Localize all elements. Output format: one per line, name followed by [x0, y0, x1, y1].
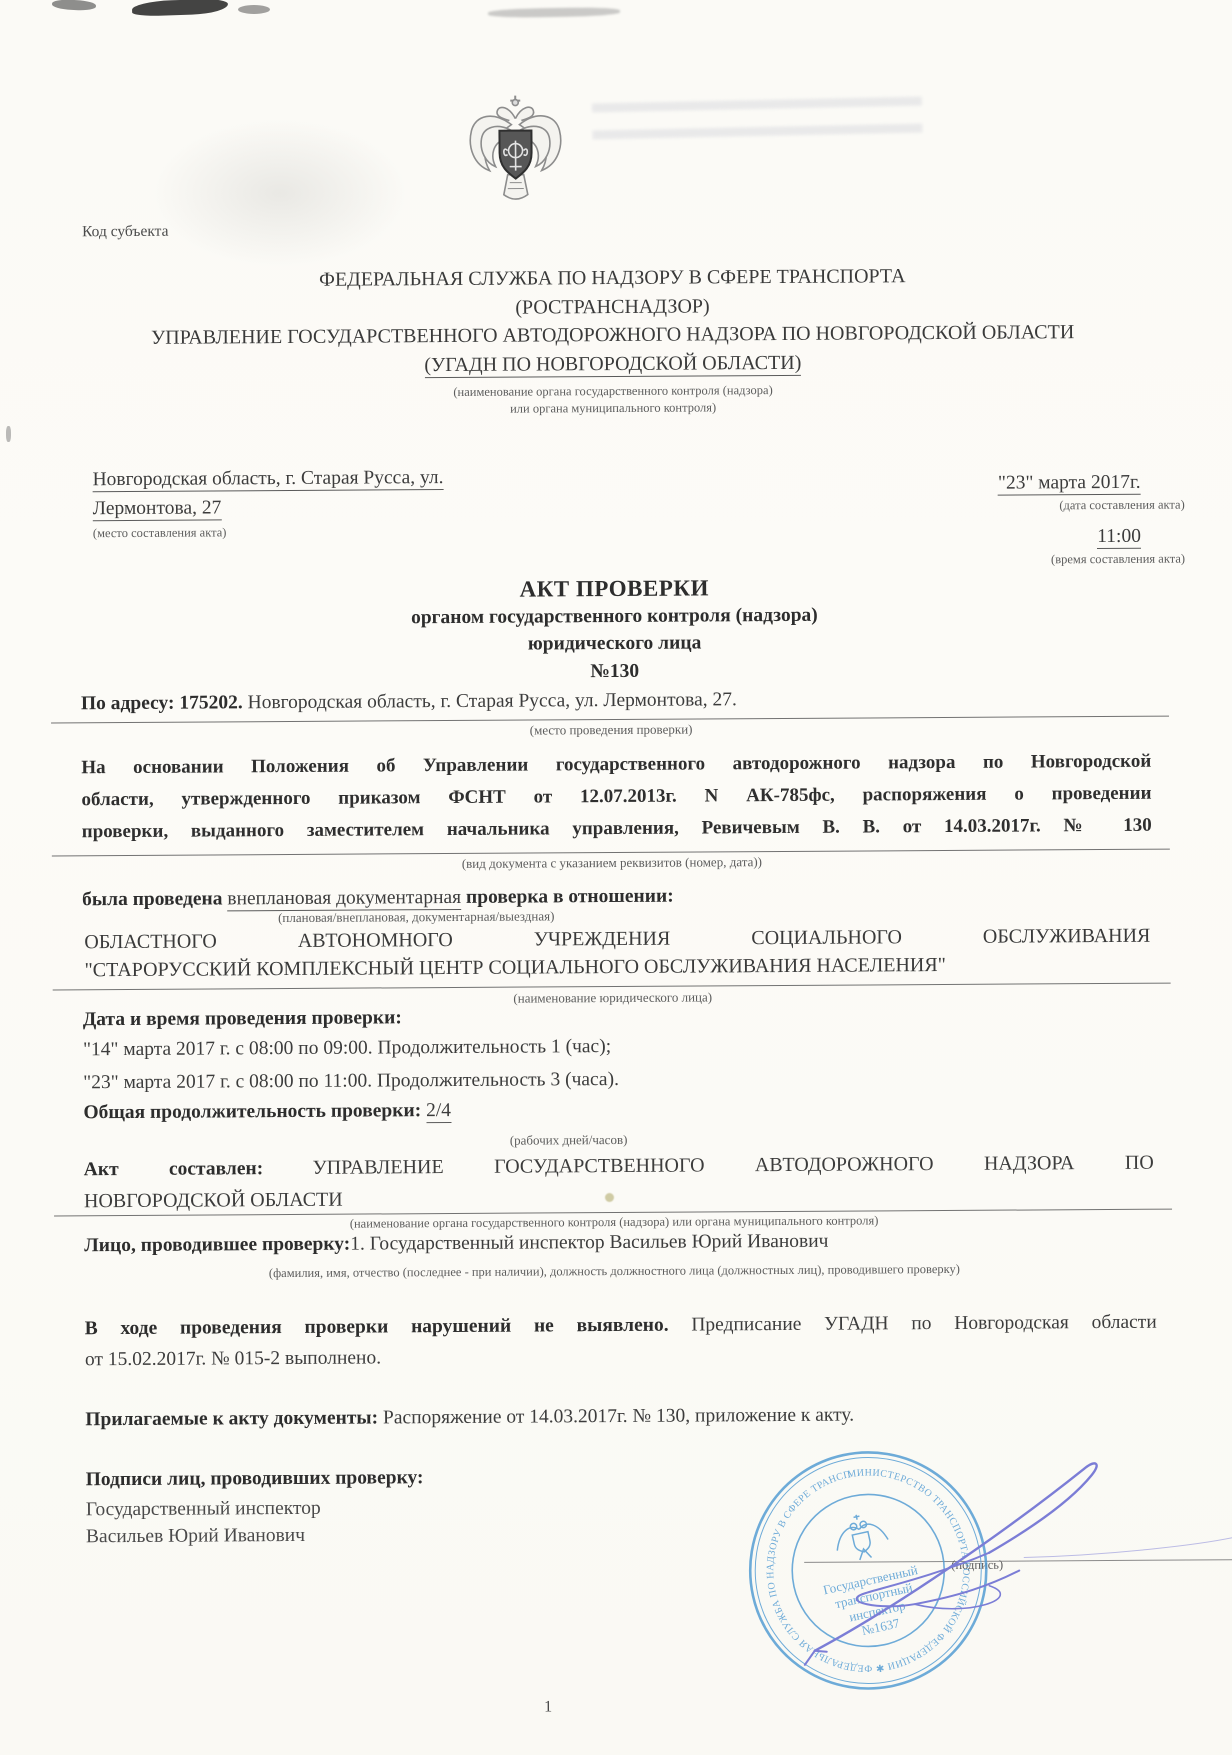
act-place-line1: Новгородская область, г. Старая Русса, у…: [92, 467, 443, 492]
subject-code-label: Код субъекта: [82, 223, 169, 242]
act-author-value-line1: УПРАВЛЕНИЕ ГОСУДАРСТВЕННОГО АВТОДОРОЖНОГ…: [313, 1152, 1154, 1179]
attachments-line: Прилагаемые к акту документы: Распоряжен…: [85, 1403, 1185, 1432]
inspected-entity-block: ОБЛАСТНОГО АВТОНОМНОГО УЧРЕЖДЕНИЯ СОЦИАЛ…: [84, 922, 1150, 985]
results-rest: Предписание УГАДН по Новгородская област…: [669, 1312, 1157, 1336]
results-line2: от 15.02.2017г. № 015-2 выполнено.: [85, 1338, 1157, 1375]
act-date-value: "23" марта 2017г.: [998, 472, 1141, 496]
results-highlight: В ходе проведения проверки нарушений не …: [85, 1315, 669, 1340]
agency-name-line3: УПРАВЛЕНИЕ ГОСУДАРСТВЕННОГО АВТОДОРОЖНОГ…: [118, 318, 1108, 353]
signature-position-line: Государственный инспектор: [86, 1498, 321, 1521]
act-time-caption: (время составления акта): [765, 551, 1185, 570]
document-title-block: АКТ ПРОВЕРКИ органом государственного ко…: [0, 571, 1231, 689]
results-paragraph: В ходе проведения проверки нарушений не …: [85, 1308, 1157, 1376]
schedule-line1: "14" марта 2017 г. с 08:00 по 09:00. Про…: [83, 1036, 611, 1061]
agency-short-name: (УГАДН ПО НОВГОРОДСКОЙ ОБЛАСТИ): [424, 351, 801, 377]
act-date-caption: (дата составления акта): [765, 497, 1185, 516]
handwritten-signature: [783, 1436, 1232, 1679]
page-number: 1: [5, 1695, 1091, 1720]
act-time-value: 11:00: [1097, 526, 1141, 549]
inspection-type-suffix: проверка в отношении:: [461, 886, 674, 908]
signatures-heading: Подписи лиц, проводивших проверку:: [86, 1467, 424, 1491]
inspected-entity-line2: "СТАРОРУССКИЙ КОМПЛЕКСНЫЙ ЦЕНТР СОЦИАЛЬН…: [84, 950, 1150, 985]
inspection-type-caption: (плановая/внеплановая, документарная/вые…: [251, 908, 581, 926]
inspection-type-value: внеплановая документарная: [227, 887, 461, 911]
schedule-heading: Дата и время проведения проверки:: [83, 1007, 402, 1031]
legal-basis-paragraph: На основании Положения об Управлении гос…: [81, 746, 1152, 849]
act-place-block: Новгородская область, г. Старая Русса, у…: [92, 462, 592, 541]
act-place-caption: (место составления акта): [93, 522, 593, 541]
schedule-total-value: 2/4: [426, 1100, 451, 1123]
scanned-document-page: Код субъекта ФЕДЕРАЛЬНАЯ СЛУЖБА ПО НАДЗО…: [0, 0, 1232, 1755]
legal-basis-line3: проверки, выданного заместителем начальн…: [82, 810, 1152, 849]
inspector-caption: (фамилия, имя, отчество (последнее - при…: [54, 1261, 1174, 1283]
schedule-total-line: Общая продолжительность проверки: 2/4: [83, 1100, 451, 1124]
act-author-value-line2: НОВГОРОДСКОЙ ОБЛАСТИ: [84, 1180, 1154, 1217]
act-place-line2: Лермонтова, 27: [93, 497, 222, 521]
agency-name-line4: (УГАДН ПО НОВГОРОДСКОЙ ОБЛАСТИ): [118, 346, 1108, 381]
inspection-address-line: По адресу: 175202. Новгородская область,…: [81, 683, 1181, 720]
inspection-address-label: По адресу: 175202.: [81, 692, 243, 714]
rostransnadzor-eagle-emblem: [463, 90, 568, 217]
inspector-line: Лицо, проводившее проверку:1. Государств…: [84, 1229, 1184, 1258]
act-datetime-block: "23" марта 2017г. (дата составления акта…: [765, 471, 1186, 570]
inspected-entity-caption: (наименование юридического лица): [53, 987, 1173, 1010]
signature-name-line: Васильев Юрий Иванович: [86, 1525, 305, 1548]
inspection-type-line: была проведена внеплановая документарная…: [82, 879, 1182, 916]
inspector-label: Лицо, проводившее проверку:: [84, 1234, 350, 1257]
act-author-line1: Акт составлен: УПРАВЛЕНИЕ ГОСУДАРСТВЕННО…: [84, 1148, 1154, 1187]
inspection-type-prefix: была проведена: [82, 888, 227, 910]
inspector-value: 1. Государственный инспектор Васильев Юр…: [350, 1231, 828, 1255]
attachments-label: Прилагаемые к акту документы:: [85, 1407, 378, 1430]
schedule-total-caption: (рабочих дней/часов): [429, 1131, 709, 1149]
schedule-total-label: Общая продолжительность проверки:: [83, 1100, 426, 1123]
schedule-line2: "23" марта 2017 г. с 08:00 по 11:00. Про…: [83, 1069, 619, 1094]
act-author-block: Акт составлен: УПРАВЛЕНИЕ ГОСУДАРСТВЕННО…: [84, 1148, 1154, 1217]
agency-header: ФЕДЕРАЛЬНАЯ СЛУЖБА ПО НАДЗОРУ В СФЕРЕ ТР…: [117, 261, 1108, 420]
act-author-label: Акт составлен:: [84, 1158, 264, 1180]
inspection-address-value: Новгородская область, г. Старая Русса, у…: [243, 689, 737, 713]
attachments-value: Распоряжение от 14.03.2017г. № 130, прил…: [378, 1405, 854, 1429]
